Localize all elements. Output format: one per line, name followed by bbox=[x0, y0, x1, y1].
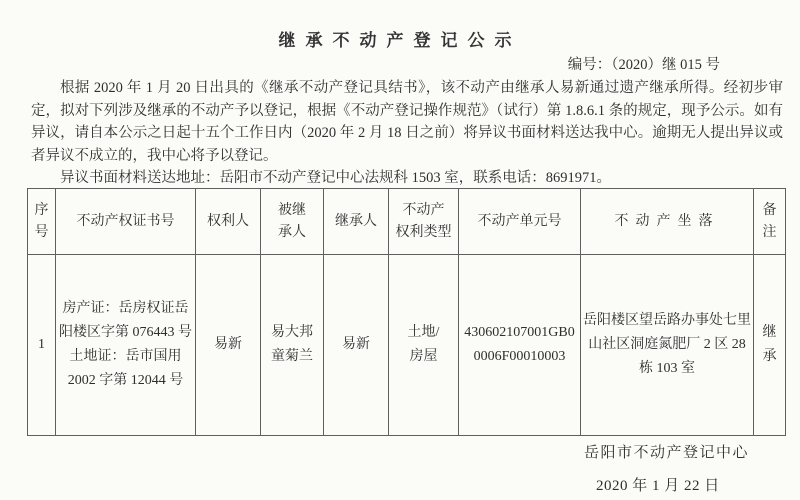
cell-cert-no: 房产证：岳房权证岳阳楼区字第 076443 号 土地证：岳市国用 2002 字第… bbox=[56, 255, 196, 436]
notice-body: 根据 2020 年 1 月 20 日出具的《继承不动产登记具结书》，该不动产由继… bbox=[31, 77, 783, 190]
cell-right-type: 土地/ 房屋 bbox=[389, 255, 459, 436]
cell-unit-no: 430602107001GB00006F00010003 bbox=[459, 255, 581, 436]
table-row: 1 房产证：岳房权证岳阳楼区字第 076443 号 土地证：岳市国用 2002 … bbox=[28, 255, 786, 436]
cell-rights-holder: 易新 bbox=[196, 255, 261, 436]
issue-date: 2020 年 1 月 22 日 bbox=[596, 474, 720, 495]
doc-number: 编号：（2020）继 015 号 bbox=[568, 53, 720, 74]
notice-paragraph: 根据 2020 年 1 月 20 日出具的《继承不动产登记具结书》，该不动产由继… bbox=[31, 77, 783, 167]
cell-remark: 继 承 bbox=[754, 255, 786, 436]
col-header-location: 不动产坐落 bbox=[581, 189, 754, 255]
col-header-rights-holder: 权利人 bbox=[196, 189, 261, 255]
col-header-cert-no: 不动产权证书号 bbox=[56, 189, 196, 255]
col-header-seq: 序 号 bbox=[28, 189, 56, 255]
issuer-signature: 岳阳市不动产登记中心 bbox=[584, 441, 749, 462]
property-table: 序 号 不动产权证书号 权利人 被继 承人 继承人 不动产 权利类型 不动产单元… bbox=[27, 188, 786, 436]
document-page: 继承不动产登记公示 编号：（2020）继 015 号 根据 2020 年 1 月… bbox=[0, 0, 800, 500]
page-title: 继承不动产登记公示 bbox=[0, 26, 800, 51]
col-header-decedent: 被继 承人 bbox=[261, 189, 324, 255]
col-header-remark: 备 注 bbox=[754, 189, 786, 255]
col-header-unit-no: 不动产单元号 bbox=[459, 189, 581, 255]
cell-location: 岳阳楼区望岳路办事处七里山社区洞庭氮肥厂 2 区 28 栋 103 室 bbox=[581, 255, 754, 436]
cell-seq: 1 bbox=[28, 255, 56, 436]
address-line: 异议书面材料送达地址：岳阳市不动产登记中心法规科 1503 室，联系电话：869… bbox=[31, 167, 783, 190]
col-header-right-type: 不动产 权利类型 bbox=[389, 189, 459, 255]
col-header-heir: 继承人 bbox=[324, 189, 389, 255]
cell-heir: 易新 bbox=[324, 255, 389, 436]
table-header-row: 序 号 不动产权证书号 权利人 被继 承人 继承人 不动产 权利类型 不动产单元… bbox=[28, 189, 786, 255]
cell-decedent: 易大邦 童菊兰 bbox=[261, 255, 324, 436]
